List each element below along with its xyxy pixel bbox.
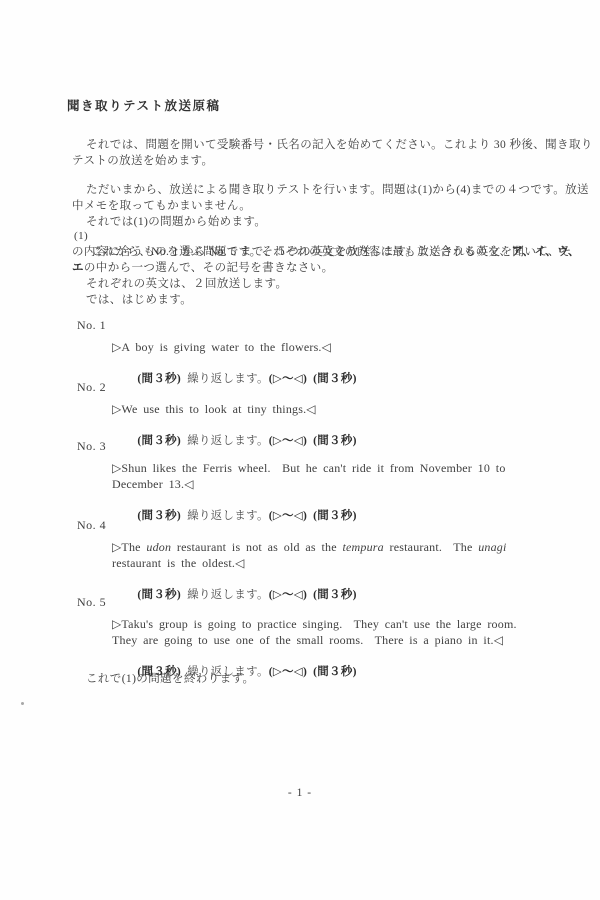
- paragraph-line: (1)これから、No. 1 から No. 5 まで、５つの英文を放送します。放送…: [72, 228, 577, 244]
- paragraph-line: それぞれの英文は、２回放送します。: [72, 276, 577, 292]
- script-line: ▷Taku's group is going to practice singi…: [112, 616, 517, 632]
- pause-line: (間３秒)繰り返します。(▷～◁)(間３秒): [112, 648, 517, 664]
- listening-item-4: No. 4 ▷The udon restaurant is not as old…: [77, 517, 507, 587]
- listening-item-1: No. 1 ▷A boy is giving water to the flow…: [77, 317, 357, 371]
- pause-line: (間３秒)繰り返します。(▷～◁)(間３秒): [112, 492, 506, 508]
- paragraph-line: これで(1)の問題を終わります。: [72, 671, 577, 687]
- script-line: ▷Shun likes the Ferris wheel. But he can…: [112, 460, 506, 476]
- page-title: 聞き取りテスト放送原稿: [67, 96, 221, 114]
- scanned-document-page: 聞き取りテスト放送原稿 それでは、問題を開いて受験番号・氏名の記入を始めてくださ…: [0, 0, 600, 900]
- page-number: - 1 -: [0, 787, 600, 799]
- script-line: ▷The udon restaurant is not as old as th…: [112, 539, 507, 555]
- italic-word: udon: [146, 540, 171, 554]
- intro-paragraph-2: ただいまから、放送による聞き取りテストを行います。問題は(1)から(4)までの４…: [72, 182, 577, 230]
- paragraph-line: エの中から一つ選んで、その記号を書きなさい。: [72, 260, 577, 276]
- script-text: restaurant is not as old as the: [171, 540, 342, 554]
- paragraph-line: テストの放送を始めます。: [72, 153, 577, 169]
- listening-item-2: No. 2 ▷We use this to look at tiny thing…: [77, 379, 357, 433]
- problem-marker: (1): [58, 228, 88, 244]
- italic-word: unagi: [478, 540, 506, 554]
- pause-line: (間３秒)繰り返します。(▷～◁)(間３秒): [112, 571, 507, 587]
- item-number: No. 5: [77, 594, 517, 610]
- section1-instructions: (1)これから、No. 1 から No. 5 まで、５つの英文を放送します。放送…: [72, 228, 577, 308]
- instruction-text: の中から一つ選んで、その記号を書きなさい。: [84, 262, 334, 274]
- script-line: restaurant is the oldest.◁: [112, 555, 507, 571]
- item-number: No. 2: [77, 379, 357, 395]
- paragraph-line: それでは、問題を開いて受験番号・氏名の記入を始めてください。これより 30 秒後…: [72, 137, 577, 153]
- listening-item-5: No. 5 ▷Taku's group is going to practice…: [77, 594, 517, 664]
- pause-line: (間３秒)繰り返します。(▷～◁)(間３秒): [112, 355, 357, 371]
- item-number: No. 1: [77, 317, 357, 333]
- scan-speck: [21, 702, 24, 705]
- script-line: ▷We use this to look at tiny things.◁: [112, 401, 357, 417]
- section1-closing: これで(1)の問題を終わります。: [72, 671, 577, 687]
- paragraph-line: ただいまから、放送による聞き取りテストを行います。問題は(1)から(4)までの４…: [72, 182, 577, 198]
- script-text: ▷The: [112, 540, 146, 554]
- item-number: No. 4: [77, 517, 507, 533]
- script-line: They are going to use one of the small r…: [112, 632, 517, 648]
- script-line: ▷A boy is giving water to the flowers.◁: [112, 339, 357, 355]
- script-line: December 13.◁: [112, 476, 506, 492]
- script-text: restaurant. The: [384, 540, 478, 554]
- listening-item-3: No. 3 ▷Shun likes the Ferris wheel. But …: [77, 438, 506, 508]
- italic-word: tempura: [342, 540, 383, 554]
- intro-paragraph-1: それでは、問題を開いて受験番号・氏名の記入を始めてください。これより 30 秒後…: [72, 137, 577, 169]
- paragraph-line: では、はじめます。: [72, 292, 577, 308]
- paragraph-line: 中メモを取ってもかまいません。: [72, 198, 577, 214]
- pause-line: (間３秒)繰り返します。(▷～◁)(間３秒): [112, 417, 357, 433]
- instruction-text: これから、No. 1 から No. 5 まで、５つの英文を放送します。放送される…: [92, 246, 572, 258]
- item-number: No. 3: [77, 438, 506, 454]
